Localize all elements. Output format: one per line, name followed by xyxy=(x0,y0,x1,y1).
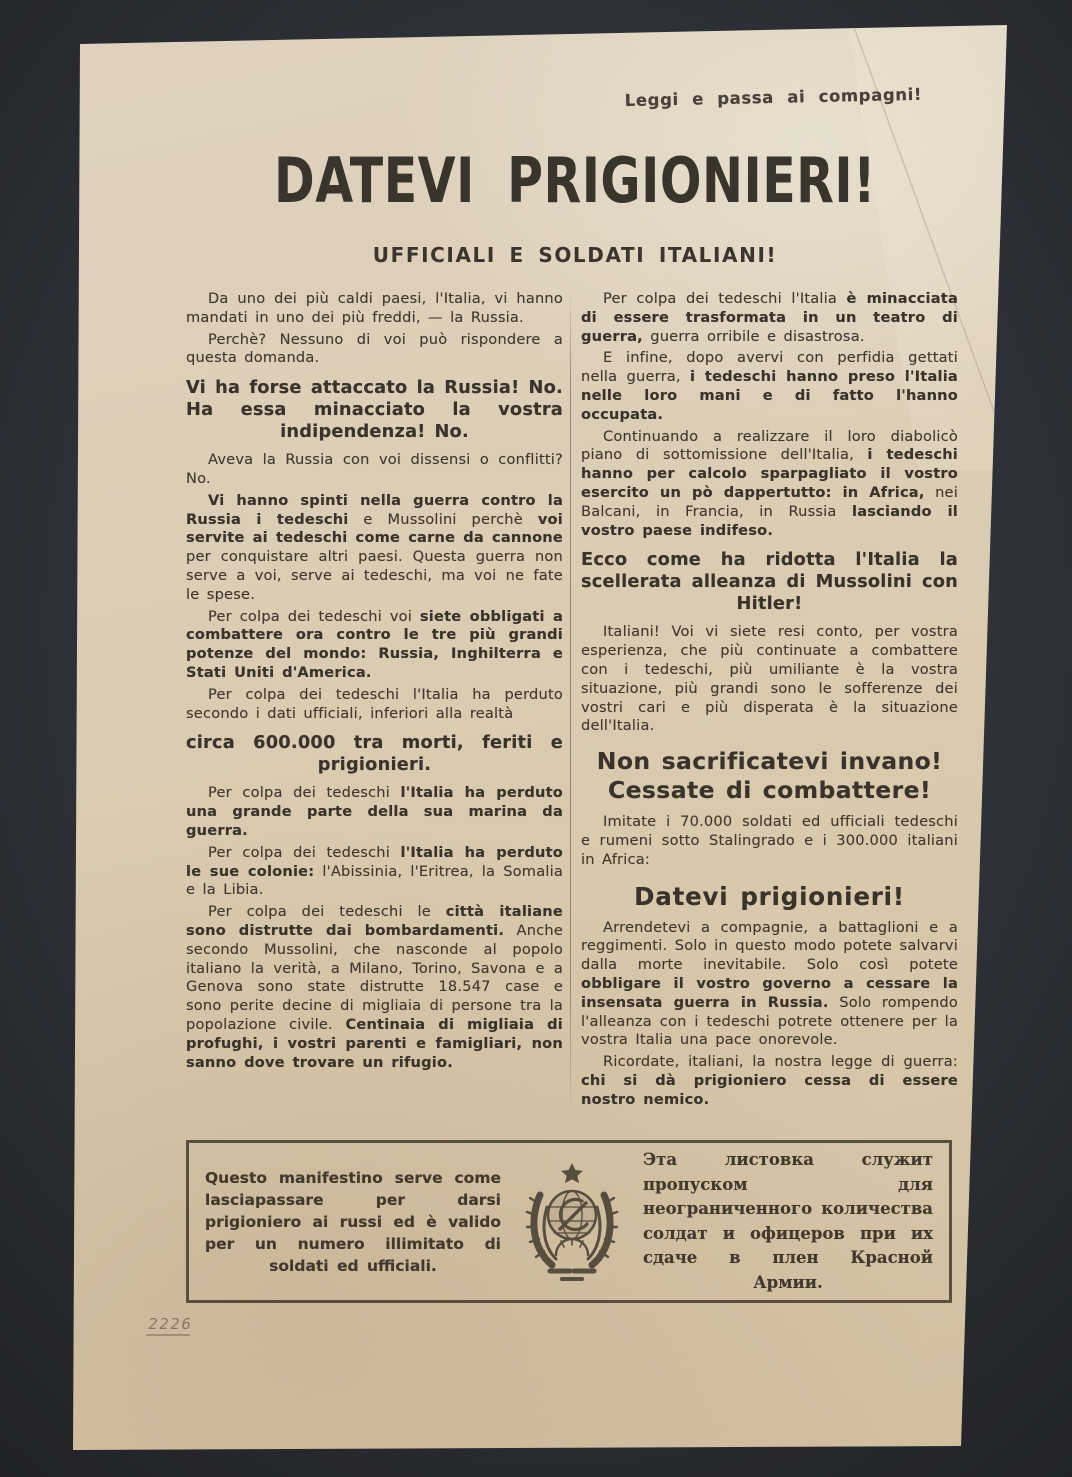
paragraph: Ricordate, italiani, la nostra legge di … xyxy=(581,1053,958,1109)
paragraph: Per colpa dei tedeschi l'Italia ha perdu… xyxy=(186,844,563,900)
column-left: Da uno dei più caldi paesi, l'Italia, vi… xyxy=(186,290,563,1113)
paragraph: Per colpa dei tedeschi voi siete obbliga… xyxy=(186,608,563,683)
ussr-emblem-icon xyxy=(513,1159,631,1285)
paragraph: Da uno dei più caldi paesi, l'Italia, vi… xyxy=(186,290,563,328)
paragraph: Per colpa dei tedeschi le città italiane… xyxy=(186,903,563,1072)
section-heading: Non sacrificatevi invano! Cessate di com… xyxy=(581,747,958,805)
paragraph: Vi hanno spinti nella guerra contro la R… xyxy=(186,492,563,605)
leaflet-paper: Leggi e passa ai compagni! DATEVI PRIGIO… xyxy=(0,0,1072,1477)
section-heading: Datevi prigionieri! xyxy=(581,882,958,911)
photo-background: Leggi e passa ai compagni! DATEVI PRIGIO… xyxy=(0,0,1072,1477)
paragraph: Perchè? Nessuno di voi può rispondere a … xyxy=(186,331,563,369)
leaflet-title: DATEVI PRIGIONIERI! xyxy=(198,145,953,217)
read-and-pass-slogan: Leggi e passa ai compagni! xyxy=(620,85,922,110)
paragraph: Per colpa dei tedeschi l'Italia è minacc… xyxy=(581,290,958,346)
safe-conduct-box: Questo manifestino serve come lasciapass… xyxy=(186,1140,952,1303)
safe-conduct-italian-text: Questo manifestino serve come lasciapass… xyxy=(205,1167,501,1277)
paragraph: Italiani! Voi vi siete resi conto, per v… xyxy=(581,623,958,736)
safe-conduct-russian-text: Эта листовка служит пропуском для неогра… xyxy=(643,1148,933,1295)
paragraph: E infine, dopo avervi con perfidia getta… xyxy=(581,349,958,424)
serial-number: 2226 xyxy=(146,1315,194,1336)
body-columns: Da uno dei più caldi paesi, l'Italia, vi… xyxy=(186,290,958,1113)
section-heading: Vi ha forse attaccato la Russia! No. Ha … xyxy=(186,377,563,443)
paragraph: Arrendetevi a compagnie, a battaglioni e… xyxy=(581,919,958,1051)
section-heading: circa 600.000 tra morti, feriti e prigio… xyxy=(186,732,563,776)
paragraph: Per colpa dei tedeschi l'Italia ha perdu… xyxy=(186,784,563,840)
section-heading: Ecco come ha ridotta l'Italia la sceller… xyxy=(581,549,958,615)
column-right: Per colpa dei tedeschi l'Italia è minacc… xyxy=(581,290,958,1113)
paragraph: Continuando a realizzare il loro diaboli… xyxy=(581,428,958,541)
paragraph: Imitate i 70.000 soldati ed ufficiali te… xyxy=(581,813,958,869)
paragraph: Per colpa dei tedeschi l'Italia ha perdu… xyxy=(186,686,563,724)
paragraph: Aveva la Russia con voi dissensi o confl… xyxy=(186,451,563,489)
leaflet-subtitle: UFFICIALI E SOLDATI ITALIANI! xyxy=(190,243,960,267)
